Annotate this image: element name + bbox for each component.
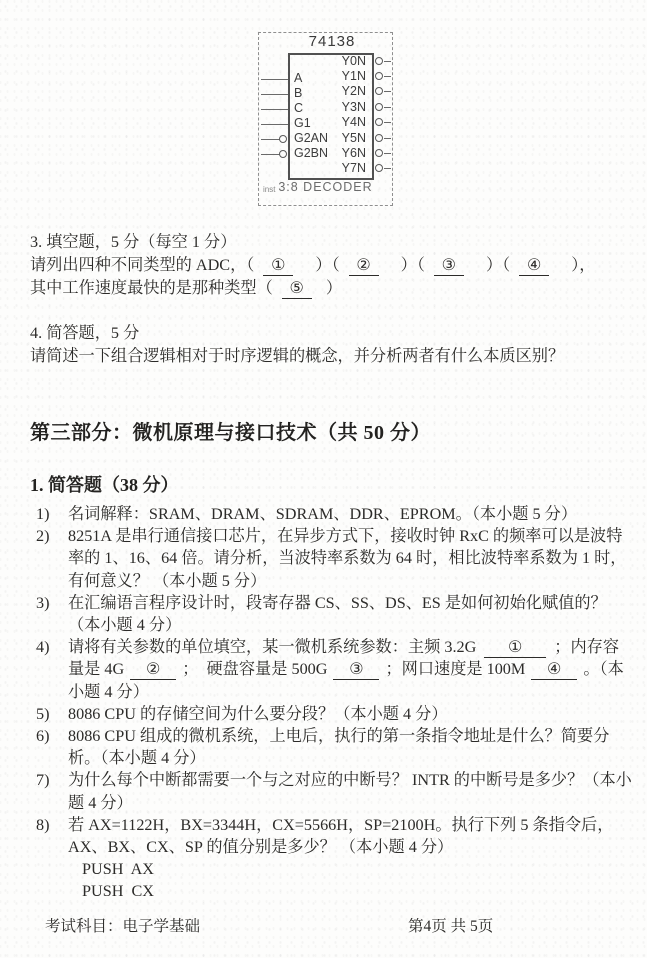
q3-text: ）（ [315,256,339,274]
list-item: 4) 请将有关参数的单位填空，某一微机系统参数：主频 3.2G①；内存容量是 4… [36,636,632,703]
pin-stub-y6n [384,153,391,154]
question-3-block: 3. 填空题，5 分（每空 1 分） 请列出四种不同类型的 ADC，（①）（②）… [30,231,624,300]
decoder-schematic: 74138 A B C G1 G2AN G2BN [258,32,393,206]
pin-stub-b [261,94,288,95]
item-number: 1) [36,503,68,525]
pin-stub-y2n [384,91,391,92]
item-number: 6) [36,725,68,769]
item-text: 在汇编语言程序设计时，段寄存器 CS、SS、DS、ES 是如何初始化赋值的？（本… [68,592,632,636]
pin-label-y7n: Y7N [326,161,366,175]
blank-3: ③ [333,659,379,680]
chip-title: 74138 [288,33,376,50]
list-item: 1) 名词解释：SRAM、DRAM、SDRAM、DDR、EPROM。（本小题 5… [36,503,632,525]
asm-instruction: PUSH AX [68,858,632,880]
part3-subheading: 1. 简答题（38 分） [30,471,630,497]
pin-stub-y5n [384,138,391,139]
list-item: 2) 8251A 是串行通信接口芯片，在异步方式下，接收时钟 RxC 的频率可以… [36,525,632,592]
item-number: 2) [36,525,68,592]
pin-stub-y4n [384,122,391,123]
chip-corner-label: inst [263,185,275,194]
pin-stub-a [261,79,288,80]
question-3-line2: 请列出四种不同类型的 ADC，（①）（②）（③）（④）， [30,254,624,277]
inversion-bubble-y3n [375,103,383,111]
q3-text: ）（ [486,256,510,274]
list-item: 5) 8086 CPU 的存储空间为什么要分段？（本小题 4 分） [36,703,632,725]
inversion-bubble-y5n [375,134,383,142]
list-item: 8) 若 AX=1122H，BX=3344H，CX=5566H，SP=2100H… [36,814,632,903]
pin-label-y5n: Y5N [326,131,366,145]
list-item: 6) 8086 CPU 组成的微机系统，上电后，执行的第一条指令地址是什么？简要… [36,725,632,769]
inversion-bubble-g2an [279,135,287,143]
pin-label-y6n: Y6N [326,146,366,160]
pin-label-y1n: Y1N [326,69,366,83]
inversion-bubble-y6n [375,149,383,157]
blank-2: ② [349,255,379,276]
list-item: 7) 为什么每个中断都需要一个与之对应的中断号？ INTR 的中断号是多少？（本… [36,769,632,813]
chip-subtitle: 3:8 DECODER [259,180,392,194]
exam-subject: 考试科目：电子学基础 [45,914,200,936]
pin-label-a: A [294,71,302,85]
q4-part: ； 硬盘容量是 500G [182,660,327,678]
inversion-bubble-y2n [375,87,383,95]
item-text-with-blanks: 请将有关参数的单位填空，某一微机系统参数：主频 3.2G①；内存容量是 4G②；… [68,636,632,703]
blank-3: ③ [434,255,464,276]
pin-stub-y1n [384,76,391,77]
pin-stub-g1 [261,124,288,125]
item-number: 8) [36,814,68,903]
blank-1: ① [484,637,546,658]
q3-text: ） [326,279,342,297]
q3-text: 请列出四种不同类型的 ADC，（ [30,256,254,274]
blank-5: ⑤ [282,278,312,299]
item-text: 8086 CPU 的存储空间为什么要分段？（本小题 4 分） [68,703,632,725]
q4-part: ；网口速度是 100M [385,660,525,678]
pin-stub-y0n [384,61,391,62]
pin-stub-c [261,109,288,110]
blank-2: ② [130,659,176,680]
q4-part: 请将有关参数的单位填空，某一微机系统参数：主频 3.2G [68,638,476,656]
blank-1: ① [263,255,293,276]
q3-text: ）， [571,256,595,274]
question-4-block: 4. 简答题，5 分 请简述一下组合逻辑相对于时序逻辑的概念，并分析两者有什么本… [30,322,624,368]
pin-label-y3n: Y3N [326,100,366,114]
item-number: 3) [36,592,68,636]
pin-label-g2bn: G2BN [294,146,328,160]
item-number: 4) [36,636,68,703]
pin-stub-g2bn [261,154,280,155]
blank-4: ④ [519,255,549,276]
item-number: 7) [36,769,68,813]
blank-4: ④ [531,659,577,680]
pin-label-b: B [294,86,302,100]
question-4-body: 请简述一下组合逻辑相对于时序逻辑的概念，并分析两者有什么本质区别？ [30,345,624,368]
inversion-bubble-y1n [375,72,383,80]
scanned-exam-page: 74138 A B C G1 G2AN G2BN [0,0,647,958]
inversion-bubble-y7n [375,164,383,172]
pin-stub-y7n [384,168,391,169]
item-text: 8251A 是串行通信接口芯片，在异步方式下，接收时钟 RxC 的频率可以是波特… [68,525,632,592]
part3-heading: 第三部分：微机原理与接口技术（共 50 分） [30,416,630,445]
page-number: 第4页 共 5页 [408,914,493,936]
item-number: 5) [36,703,68,725]
inversion-bubble-y4n [375,118,383,126]
item-text: 名词解释：SRAM、DRAM、SDRAM、DDR、EPROM。（本小题 5 分） [68,503,632,525]
list-item: 3) 在汇编语言程序设计时，段寄存器 CS、SS、DS、ES 是如何初始化赋值的… [36,592,632,636]
question-3-line3: 其中工作速度最快的是那种类型（⑤） [30,277,624,300]
pin-label-c: C [294,101,303,115]
inversion-bubble-g2bn [279,150,287,158]
item-text: 若 AX=1122H，BX=3344H，CX=5566H，SP=2100H。执行… [68,814,632,903]
item-text: 8086 CPU 组成的微机系统，上电后，执行的第一条指令地址是什么？简要分析。… [68,725,632,769]
pin-stub-y3n [384,107,391,108]
pin-label-g2an: G2AN [294,131,328,145]
q3-text: ）（ [401,256,425,274]
pin-label-y0n: Y0N [326,54,366,68]
pin-stub-g2an [261,139,280,140]
question-3-heading: 3. 填空题，5 分（每空 1 分） [30,231,624,254]
asm-instruction: PUSH CX [68,880,632,902]
pin-label-y4n: Y4N [326,115,366,129]
pin-label-g1: G1 [294,116,311,130]
pin-label-y2n: Y2N [326,84,366,98]
item-text: 为什么每个中断都需要一个与之对应的中断号？ INTR 的中断号是多少？（本小题 … [68,769,632,813]
item-text: 若 AX=1122H，BX=3344H，CX=5566H，SP=2100H。执行… [68,816,613,856]
part3-question-list: 1) 名词解释：SRAM、DRAM、SDRAM、DDR、EPROM。（本小题 5… [36,503,632,903]
inversion-bubble-y0n [375,57,383,65]
question-4-heading: 4. 简答题，5 分 [30,322,624,345]
q3-text: 其中工作速度最快的是那种类型（ [30,279,273,297]
